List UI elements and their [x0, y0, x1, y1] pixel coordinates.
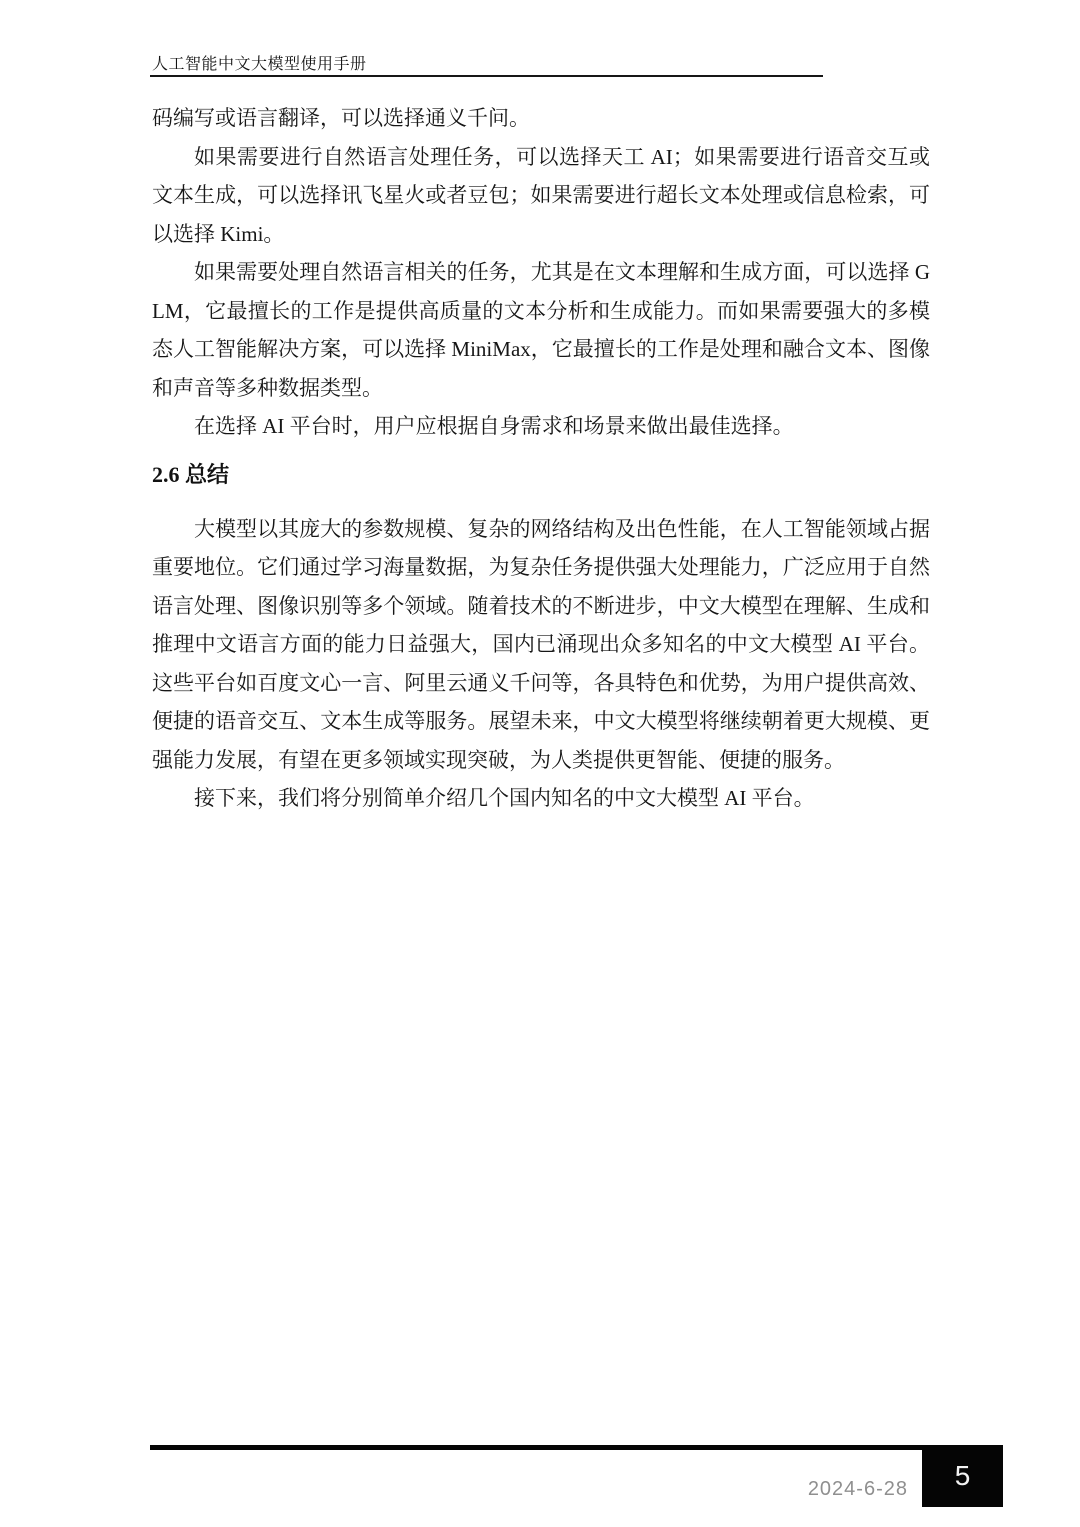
page-header-title: 人工智能中文大模型使用手册: [152, 51, 367, 74]
paragraph: 如果需要进行自然语言处理任务，可以选择天工 AI；如果需要进行语音交互或文本生成…: [152, 138, 930, 254]
paragraph: 接下来，我们将分别简单介绍几个国内知名的中文大模型 AI 平台。: [152, 779, 930, 818]
paragraph: 大模型以其庞大的参数规模、复杂的网络结构及出色性能，在人工智能领域占据重要地位。…: [152, 510, 930, 780]
header-rule: [150, 75, 823, 77]
page-number-box: 5: [922, 1445, 1003, 1507]
page-number: 5: [955, 1460, 971, 1492]
footer-rule: [150, 1445, 1003, 1450]
paragraph: 如果需要处理自然语言相关的任务，尤其是在文本理解和生成方面，可以选择 GLM，它…: [152, 253, 930, 407]
page-body: 码编写或语言翻译，可以选择通义千问。 如果需要进行自然语言处理任务，可以选择天工…: [152, 99, 930, 818]
section-heading: 2.6 总结: [152, 460, 930, 490]
footer-date: 2024-6-28: [660, 1478, 908, 1501]
document-page: 人工智能中文大模型使用手册 码编写或语言翻译，可以选择通义千问。 如果需要进行自…: [0, 0, 1080, 1527]
paragraph-continuation: 码编写或语言翻译，可以选择通义千问。: [152, 99, 930, 138]
paragraph: 在选择 AI 平台时，用户应根据自身需求和场景来做出最佳选择。: [152, 407, 930, 446]
